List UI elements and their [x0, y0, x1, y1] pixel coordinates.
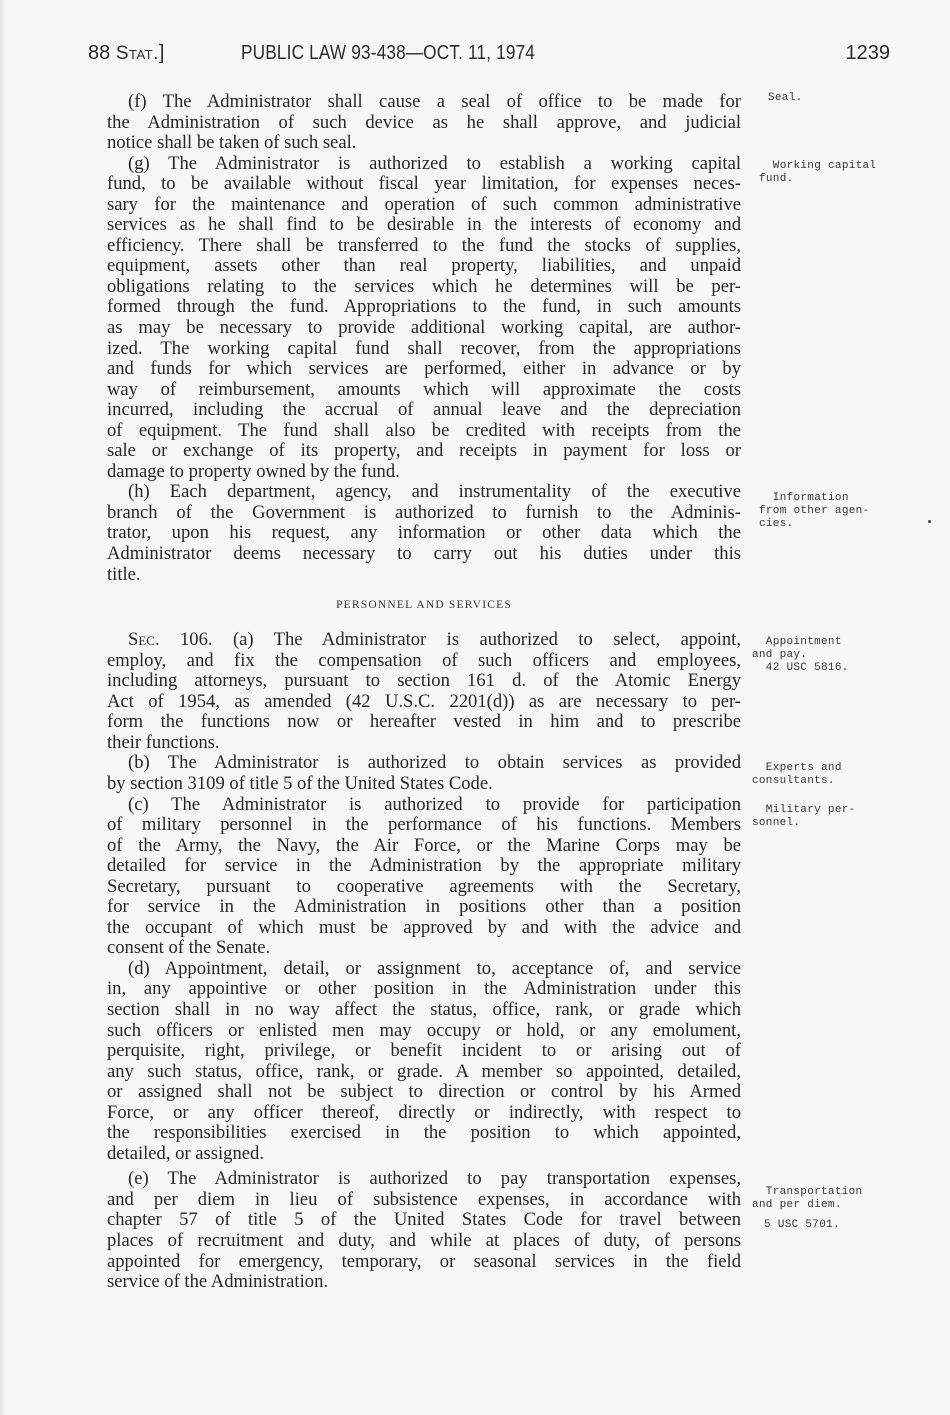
- line-text: (h) Each department, agency, and instrum…: [128, 481, 741, 502]
- text-line: obligations relating to the services whi…: [107, 277, 741, 298]
- text-line: Act of 1954, as amended (42 U.S.C. 2201(…: [107, 692, 741, 713]
- text-line: of equipment. The fund shall also be cre…: [107, 421, 741, 442]
- text-line: including attorneys, pursuant to section…: [107, 671, 741, 692]
- text-line: (d) Appointment, detail, or assignment t…: [107, 959, 741, 980]
- text-line: notice shall be taken of such seal.: [107, 133, 741, 154]
- margin-note-military-personnel: Military per- sonnel.: [752, 804, 856, 830]
- section-106-paragraph-a: Sec. 106. (a) The Administrator is autho…: [107, 630, 741, 753]
- text-line: in, any appointive or other position in …: [107, 979, 741, 1000]
- text-line: detailed for service in the Administrati…: [107, 856, 741, 877]
- running-header: 88 Stat.] PUBLIC LAW 93-438—OCT. 11, 197…: [88, 42, 892, 72]
- text-line: the Administration of such device as he …: [107, 113, 741, 134]
- text-line: and funds for which services are perform…: [107, 359, 741, 380]
- text-line: any such status, office, rank, or grade.…: [107, 1062, 741, 1083]
- paragraph-h: (h) Each department, agency, and instrum…: [107, 482, 741, 585]
- text-line: of the Army, the Navy, the Air Force, or…: [107, 836, 741, 857]
- text-line: and per diem in lieu of subsistence expe…: [107, 1190, 741, 1211]
- paragraph-f: (f) The Administrator shall cause a seal…: [107, 92, 741, 154]
- text-line: the responsibilities exercised in the po…: [107, 1123, 741, 1144]
- text-line: branch of the Government is authorized t…: [107, 503, 741, 524]
- line-text: (f) The Administrator shall cause a seal…: [128, 91, 741, 112]
- text-line: (g) The Administrator is authorized to e…: [107, 154, 741, 175]
- margin-note-appointment-and-pay: Appointment and pay. 42 USC 5816.: [752, 636, 849, 675]
- text-line: consent of the Senate.: [107, 938, 741, 959]
- section-heading: PERSONNEL AND SERVICES: [107, 591, 741, 619]
- text-line: their functions.: [107, 733, 741, 754]
- section-label: Sec. 106.: [128, 629, 213, 650]
- volume-abbrev: Stat.: [116, 43, 159, 64]
- section-106-paragraph-b: (b) The Administrator is authorized to o…: [107, 753, 741, 794]
- line-text: (g) The Administrator is authorized to e…: [128, 153, 741, 174]
- text-line: (f) The Administrator shall cause a seal…: [107, 92, 741, 113]
- text-line: (h) Each department, agency, and instrum…: [107, 482, 741, 503]
- text-line: damage to property owned by the fund.: [107, 462, 741, 483]
- text-line: Force, or any officer thereof, directly …: [107, 1103, 741, 1124]
- margin-note-working-capital-fund: Working capital fund.: [759, 160, 876, 186]
- section-106-paragraph-d: (d) Appointment, detail, or assignment t…: [107, 959, 741, 1164]
- text-line: appointed for emergency, temporary, or s…: [107, 1252, 741, 1273]
- section-106-paragraph-c: (c) The Administrator is authorized to p…: [107, 795, 741, 959]
- text-line: service of the Administration.: [107, 1272, 741, 1293]
- section-106-paragraph-e: (e) The Administrator is authorized to p…: [107, 1169, 741, 1292]
- line-text: (e) The Administrator is authorized to p…: [128, 1168, 741, 1189]
- text-line: incurred, including the accrual of annua…: [107, 400, 741, 421]
- text-line: chapter 57 of title 5 of the United Stat…: [107, 1210, 741, 1231]
- text-line: employ, and fix the compensation of such…: [107, 651, 741, 672]
- text-line: (c) The Administrator is authorized to p…: [107, 795, 741, 816]
- text-line: section shall in no way affect the statu…: [107, 1000, 741, 1021]
- text-line: or assigned shall not be subject to dire…: [107, 1082, 741, 1103]
- text-line: form the functions now or hereafter vest…: [107, 712, 741, 733]
- margin-note-information-from-other-agencies: Information from other agen- cies.: [759, 492, 869, 531]
- text-line: by section 3109 of title 5 of the United…: [107, 774, 741, 795]
- line-text: (a) The Administrator is authorized to s…: [233, 629, 741, 650]
- margin-note-experts-and-consultants: Experts and consultants.: [752, 762, 842, 788]
- text-line: title.: [107, 565, 741, 586]
- text-line: way of reimbursement, amounts which will…: [107, 380, 741, 401]
- text-line: (b) The Administrator is authorized to o…: [107, 753, 741, 774]
- text-line: as may be necessary to provide additiona…: [107, 318, 741, 339]
- scan-speck: [928, 520, 931, 523]
- line-text: (d) Appointment, detail, or assignment t…: [128, 958, 741, 979]
- text-line: formed through the fund. Appropriations …: [107, 297, 741, 318]
- volume-bracket: ]: [159, 42, 165, 64]
- margin-note-usc-5701: 5 USC 5701.: [764, 1219, 840, 1232]
- volume-number: 88: [88, 42, 110, 64]
- text-line: Secretary, pursuant to cooperative agree…: [107, 877, 741, 898]
- text-line: Sec. 106. (a) The Administrator is autho…: [107, 630, 741, 651]
- text-line: sary for the maintenance and operation o…: [107, 195, 741, 216]
- text-line: efficiency. There shall be transferred t…: [107, 236, 741, 257]
- text-line: trator, upon his request, any informatio…: [107, 523, 741, 544]
- text-line: places of recruitment and duty, and whil…: [107, 1231, 741, 1252]
- text-line: Administrator deems necessary to carry o…: [107, 544, 741, 565]
- text-line: (e) The Administrator is authorized to p…: [107, 1169, 741, 1190]
- text-line: fund, to be available without fiscal yea…: [107, 174, 741, 195]
- text-line: the occupant of which must be approved b…: [107, 918, 741, 939]
- body-text: (f) The Administrator shall cause a seal…: [107, 92, 741, 1293]
- text-line: sale or exchange of its property, and re…: [107, 441, 741, 462]
- page-edge-shadow: [0, 0, 6, 1415]
- margin-note-seal: Seal.: [768, 92, 803, 105]
- text-line: such officers or enlisted men may occupy…: [107, 1021, 741, 1042]
- text-line: services as he shall find to be desirabl…: [107, 215, 741, 236]
- text-line: detailed, or assigned.: [107, 1144, 741, 1165]
- statute-volume: 88 Stat.]: [88, 42, 164, 65]
- margin-note-transportation-and-per-diem: Transportation and per diem.: [752, 1186, 862, 1212]
- text-line: equipment, assets other than real proper…: [107, 256, 741, 277]
- law-title: PUBLIC LAW 93-438—OCT. 11, 1974: [241, 42, 535, 65]
- text-line: ized. The working capital fund shall rec…: [107, 339, 741, 360]
- paragraph-g: (g) The Administrator is authorized to e…: [107, 154, 741, 483]
- line-text: (c) The Administrator is authorized to p…: [128, 794, 741, 815]
- text-line: for service in the Administration in pos…: [107, 897, 741, 918]
- page-number: 1239: [846, 42, 891, 65]
- text-line: perquisite, right, privilege, or benefit…: [107, 1041, 741, 1062]
- text-line: of military personnel in the performance…: [107, 815, 741, 836]
- line-text: (b) The Administrator is authorized to o…: [128, 752, 741, 773]
